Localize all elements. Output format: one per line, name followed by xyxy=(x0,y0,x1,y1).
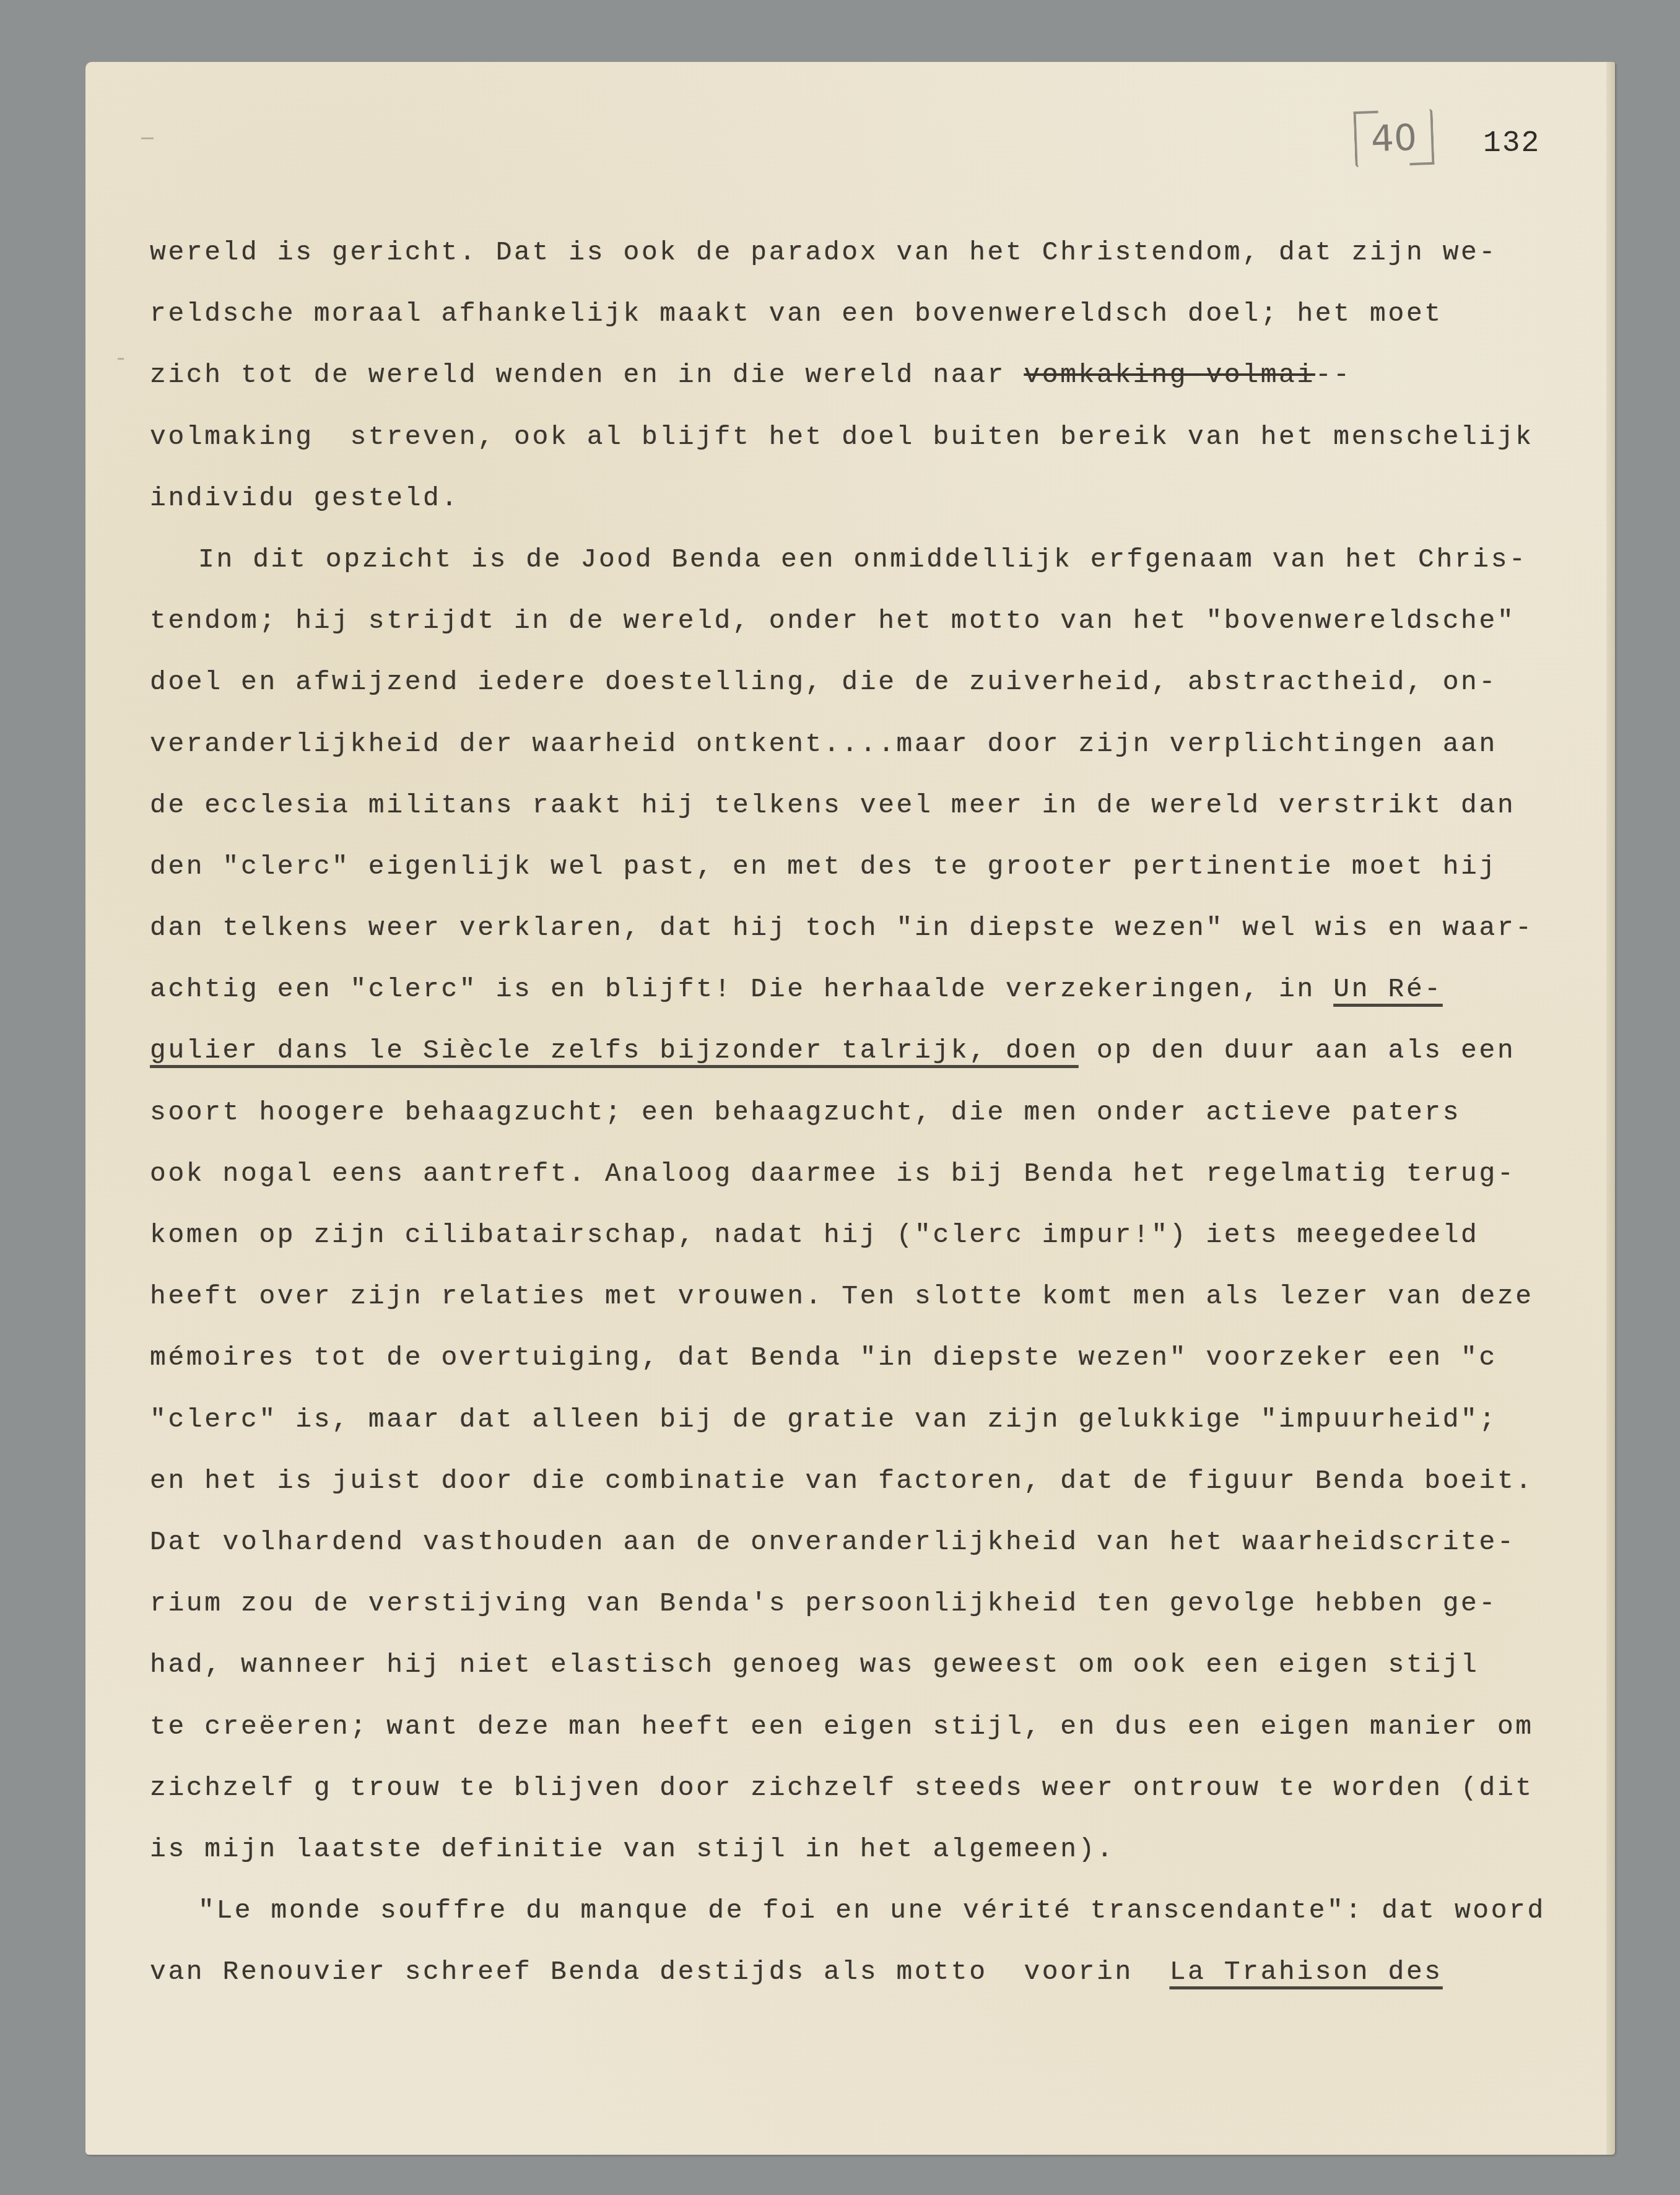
text-line: veranderlijkheid der waarheid ontkent...… xyxy=(150,713,1586,775)
text-line: mémoires tot de overtuiging, dat Benda "… xyxy=(150,1327,1586,1388)
text-line: den "clerc" eigenlijk wel past, en met d… xyxy=(150,836,1586,897)
text-line: soort hoogere behaagzucht; een behaagzuc… xyxy=(150,1082,1586,1143)
text-line-with-title: gulier dans le Siècle zelfs bijzonder ta… xyxy=(150,1020,1586,1081)
paragraph-start-line: In dit opzicht is de Jood Benda een onmi… xyxy=(150,529,1586,590)
paper-fiber-mark xyxy=(141,137,154,139)
text-line: doel en afwijzend iedere doestelling, di… xyxy=(150,651,1586,713)
text-line-with-title: achtig een "clerc" is en blijft! Die her… xyxy=(150,958,1586,1020)
text-line: en het is juist door die combinatie van … xyxy=(150,1450,1586,1511)
text-line: is mijn laatste definitie van stijl in h… xyxy=(150,1819,1586,1880)
text-line: te creëeren; want deze man heeft een eig… xyxy=(150,1696,1586,1757)
handwritten-folio-number: 40 xyxy=(1353,109,1434,167)
text-line: de ecclesia militans raakt hij telkens v… xyxy=(150,775,1586,836)
text-line-with-strikeout: zich tot de wereld wenden en in die were… xyxy=(150,344,1586,406)
text-line-with-title: van Renouvier schreef Benda destijds als… xyxy=(150,1941,1586,2002)
text-line: dan telkens weer verklaren, dat hij toch… xyxy=(150,897,1586,958)
text-line: reldsche moraal afhankelijk maakt van ee… xyxy=(150,283,1586,344)
struck-text: vomkaking-volmai xyxy=(1024,360,1315,390)
text-line: "clerc" is, maar dat alleen bij de grati… xyxy=(150,1389,1586,1450)
text-line: had, wanneer hij niet elastisch genoeg w… xyxy=(150,1634,1586,1695)
text-line: tendom; hij strijdt in de wereld, onder … xyxy=(150,590,1586,651)
paragraph-start-line: "Le monde souffre du manque de foi en un… xyxy=(150,1880,1586,1941)
text-line: individu gesteld. xyxy=(150,467,1586,529)
underlined-book-title: La Trahison des xyxy=(1170,1957,1443,1987)
text-line: ook nogal eens aantreft. Analoog daarmee… xyxy=(150,1143,1586,1204)
line-text: van Renouvier schreef Benda destijds als… xyxy=(150,1957,1170,1987)
underlined-book-title: Un Ré- xyxy=(1333,974,1442,1004)
text-line: zichzelf g trouw te blijven door zichzel… xyxy=(150,1757,1586,1819)
paper-edge xyxy=(1606,62,1615,2155)
line-text: op den duur aan als een xyxy=(1079,1035,1516,1066)
line-text: zich tot de wereld wenden en in die were… xyxy=(150,360,1024,390)
text-line: komen op zijn cilibatairschap, nadat hij… xyxy=(150,1204,1586,1266)
text-line: wereld is gericht. Dat is ook de paradox… xyxy=(150,222,1586,283)
underlined-book-title: gulier dans le Siècle zelfs bijzonder ta… xyxy=(150,1035,1079,1066)
text-line: Dat volhardend vasthouden aan de onveran… xyxy=(150,1511,1586,1573)
text-line: volmaking streven, ook al blijft het doe… xyxy=(150,406,1586,467)
paper-fiber-mark xyxy=(118,358,124,360)
line-text: achtig een "clerc" is en blijft! Die her… xyxy=(150,974,1333,1004)
line-text: -- xyxy=(1315,360,1352,390)
text-line: heeft over zijn relaties met vrouwen. Te… xyxy=(150,1266,1586,1327)
page-number: 132 xyxy=(1483,127,1540,160)
text-line: rium zou de verstijving van Benda's pers… xyxy=(150,1573,1586,1634)
typed-text-body: wereld is gericht. Dat is ook de paradox… xyxy=(150,222,1586,2002)
